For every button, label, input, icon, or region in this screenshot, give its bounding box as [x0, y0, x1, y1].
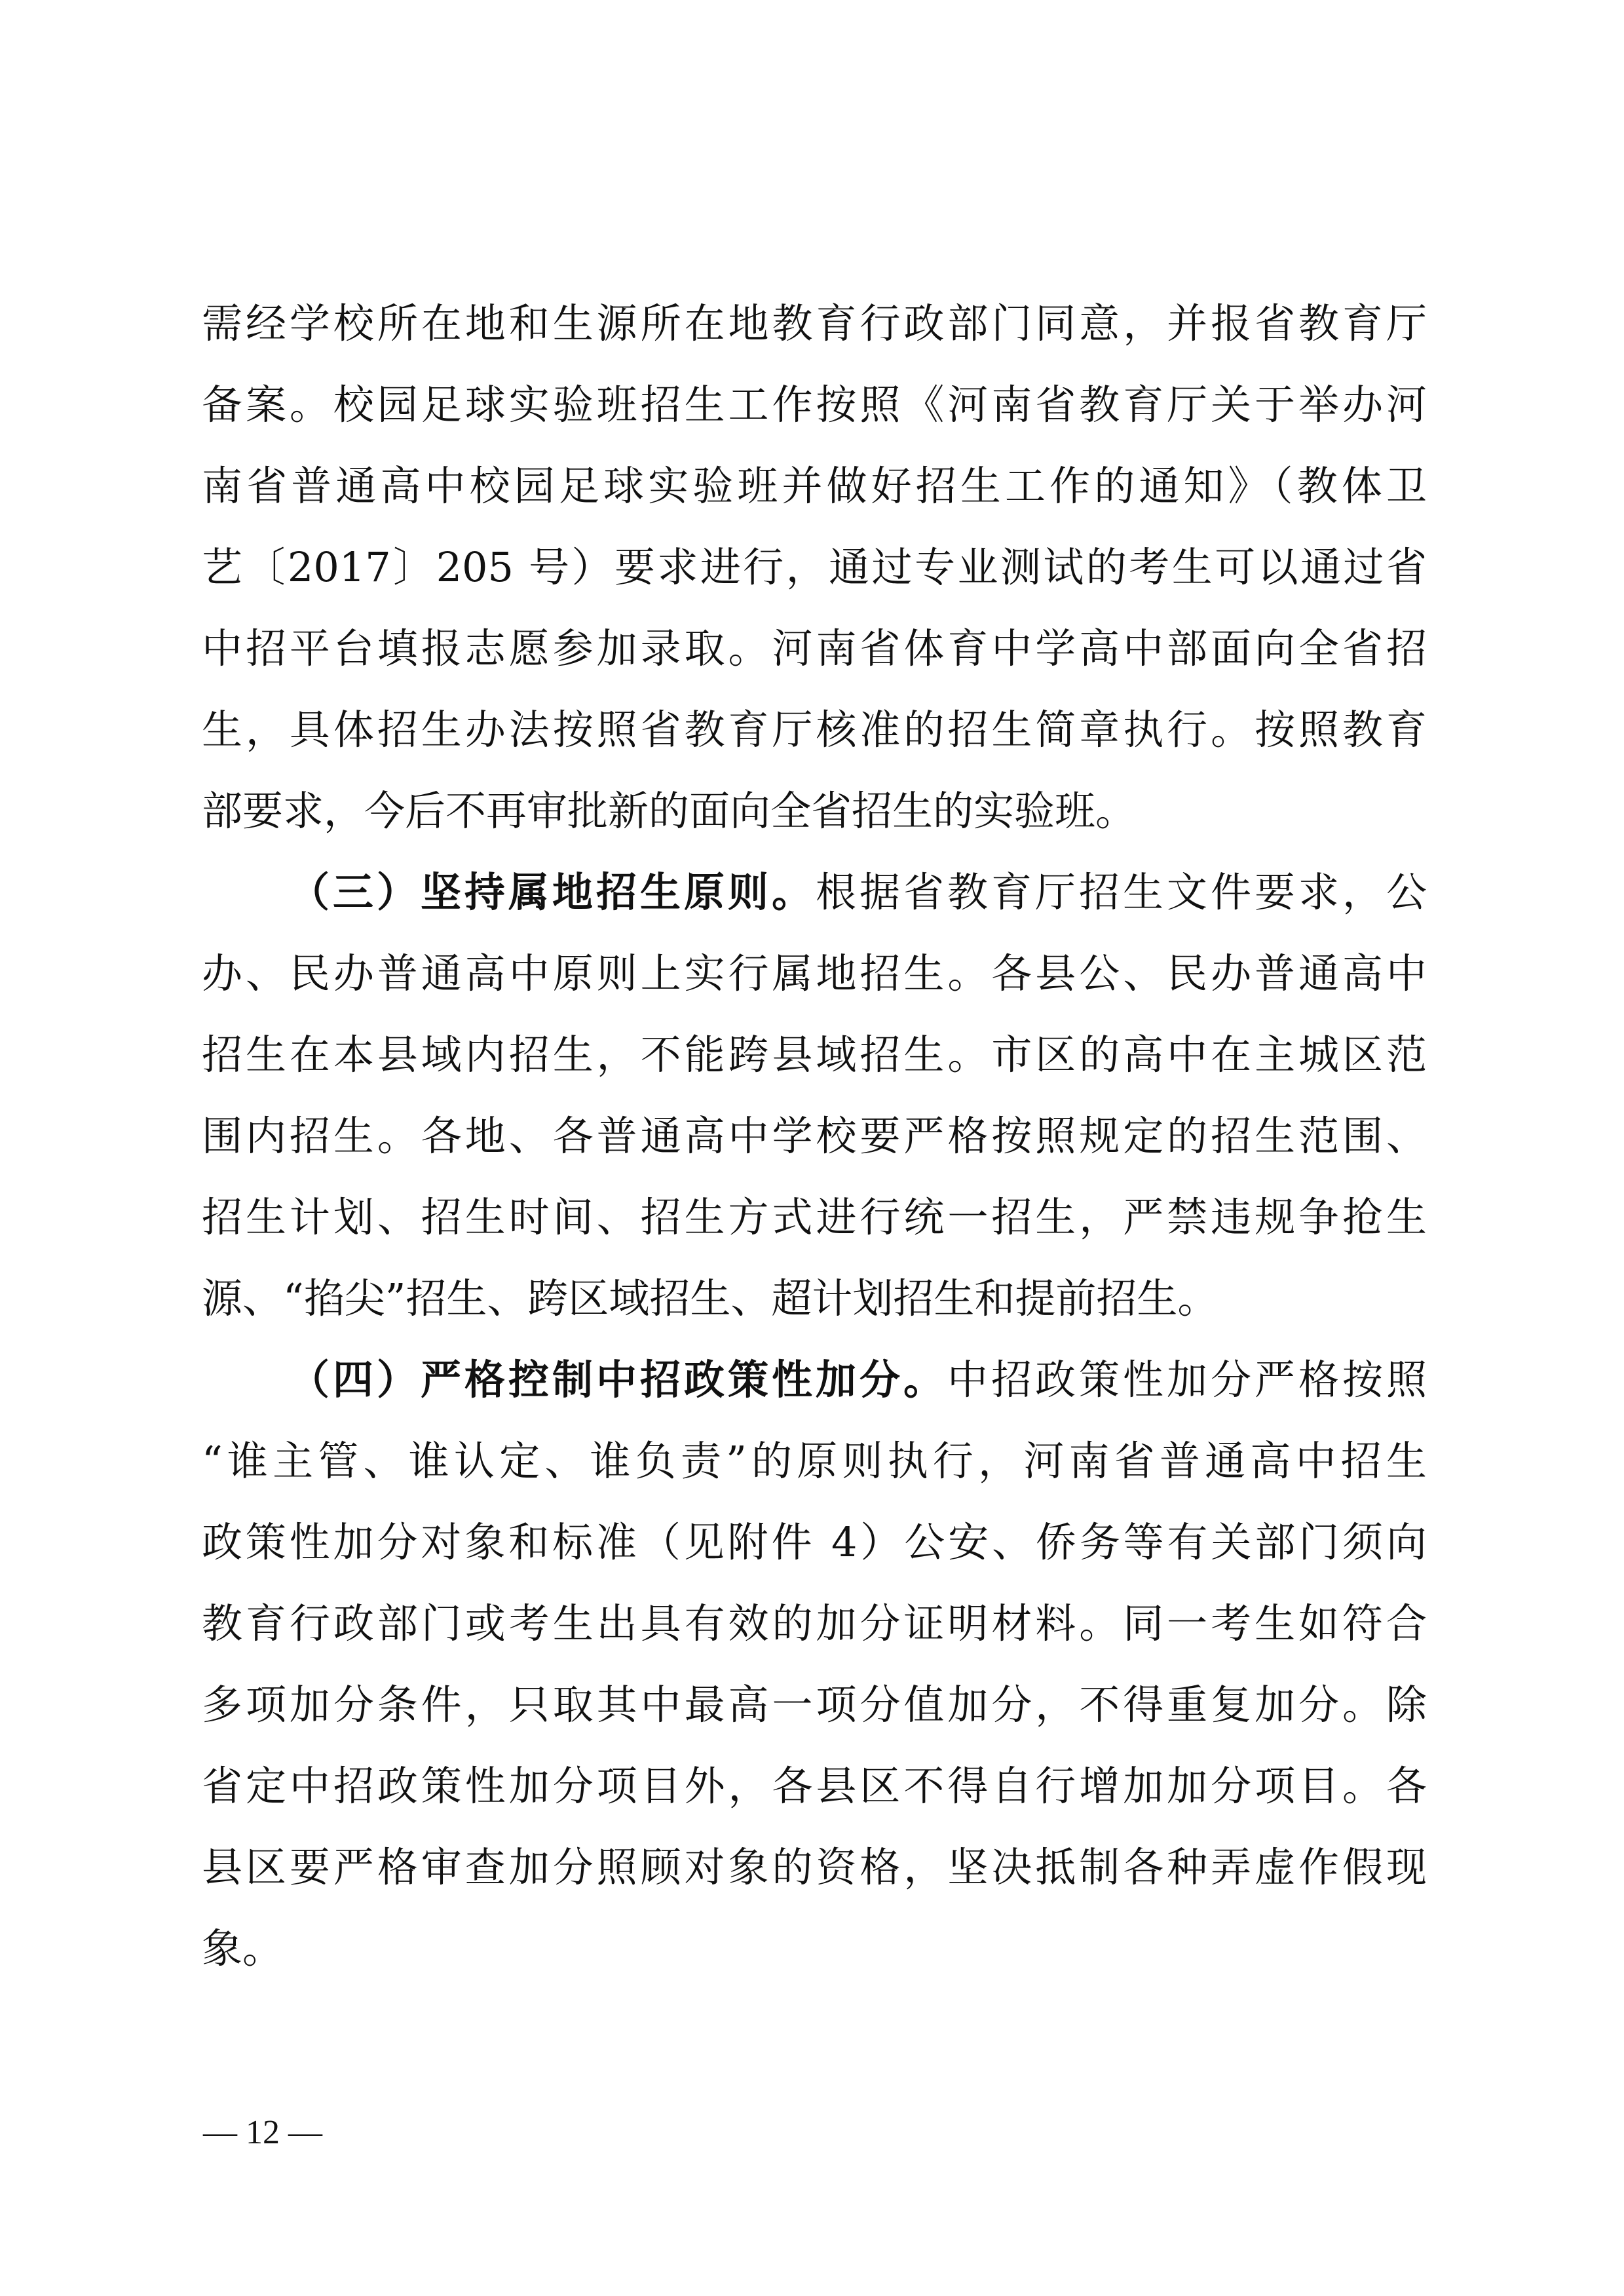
- text-line: “谁主管、谁认定、谁负责”的原则执行，河南省普通高中招生: [202, 1421, 1427, 1502]
- body-text: 需经学校所在地和生源所在地教育行政部门同意，并报省教育厅 备案。校园足球实验班招…: [202, 283, 1427, 1989]
- text-line: 办、民办普通高中原则上实行属地招生。各县公、民办普通高中: [202, 933, 1427, 1014]
- text-run: 根据省教育厅招生文件要求，公: [816, 868, 1427, 916]
- text-line: 政策性加分对象和标准（见附件 4）公安、侨务等有关部门须向: [202, 1502, 1427, 1583]
- text-line: （三）坚持属地招生原则。根据省教育厅招生文件要求，公: [202, 852, 1427, 933]
- text-line: 教育行政部门或考生出具有效的加分证明材料。同一考生如符合: [202, 1583, 1427, 1664]
- page-number: — 12 —: [203, 2113, 322, 2152]
- text-line: 生，具体招生办法按照省教育厅核准的招生简章执行。按照教育: [202, 689, 1427, 771]
- text-line: 南省普通高中校园足球实验班并做好招生工作的通知》（教体卫: [202, 446, 1427, 527]
- paragraph-continuation: 需经学校所在地和生源所在地教育行政部门同意，并报省教育厅 备案。校园足球实验班招…: [202, 283, 1427, 852]
- text-line: 县区要严格审查加分照顾对象的资格，坚决抵制各种弄虚作假现: [202, 1827, 1427, 1908]
- text-line: 围内招生。各地、各普通高中学校要严格按照规定的招生范围、: [202, 1096, 1427, 1177]
- paragraph-section-4: （四）严格控制中招政策性加分。中招政策性加分严格按照 “谁主管、谁认定、谁负责”…: [202, 1339, 1427, 1989]
- text-line: 省定中招政策性加分项目外，各县区不得自行增加加分项目。各: [202, 1746, 1427, 1827]
- section-heading: （三）坚持属地招生原则。: [289, 868, 816, 916]
- text-line: 多项加分条件，只取其中最高一项分值加分，不得重复加分。除: [202, 1664, 1427, 1746]
- text-line: 源、“掐尖”招生、跨区域招生、超计划招生和提前招生。: [202, 1258, 1427, 1339]
- text-run: 中招政策性加分严格按照: [947, 1356, 1427, 1404]
- text-line: 需经学校所在地和生源所在地教育行政部门同意，并报省教育厅: [202, 283, 1427, 364]
- document-page: 需经学校所在地和生源所在地教育行政部门同意，并报省教育厅 备案。校园足球实验班招…: [0, 0, 1624, 2296]
- text-line: 备案。校园足球实验班招生工作按照《河南省教育厅关于举办河: [202, 364, 1427, 446]
- text-line: 部要求，今后不再审批新的面向全省招生的实验班。: [202, 771, 1427, 852]
- text-line: 招生计划、招生时间、招生方式进行统一招生，严禁违规争抢生: [202, 1177, 1427, 1258]
- text-line: 招生在本县域内招生，不能跨县域招生。市区的高中在主城区范: [202, 1014, 1427, 1096]
- paragraph-section-3: （三）坚持属地招生原则。根据省教育厅招生文件要求，公 办、民办普通高中原则上实行…: [202, 852, 1427, 1339]
- section-heading: （四）严格控制中招政策性加分。: [289, 1356, 947, 1404]
- text-line: 中招平台填报志愿参加录取。河南省体育中学高中部面向全省招: [202, 608, 1427, 689]
- text-line: 象。: [202, 1908, 1427, 1989]
- text-line: 艺〔2017〕205 号）要求进行，通过专业测试的考生可以通过省: [202, 527, 1427, 608]
- text-line: （四）严格控制中招政策性加分。中招政策性加分严格按照: [202, 1339, 1427, 1421]
